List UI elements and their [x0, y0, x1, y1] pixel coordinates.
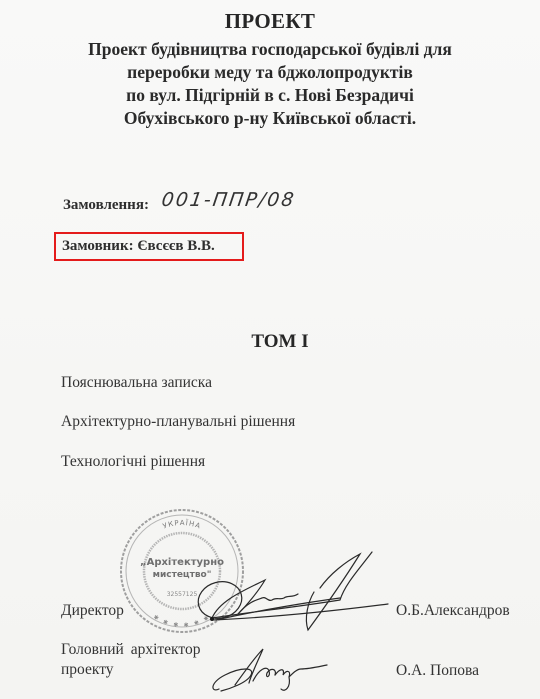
svg-text:УКРАЇНА: УКРАЇНА [162, 518, 203, 530]
volume-heading: ТОМ І [0, 331, 540, 353]
chief-architect-role-cont: проекту [61, 661, 114, 679]
director-name: О.Б.Александров [396, 602, 510, 620]
project-description-line: по вул. Підгірній в с. Нові Безрадичі [0, 84, 540, 107]
document-title: ПРОЕКТ [0, 9, 540, 34]
chief-architect-role: Головний архітектор [61, 641, 200, 659]
director-role: Директор [61, 602, 124, 620]
contents-item: Пояснювальна записка [61, 374, 212, 392]
order-row: Замовлення: 001-ППР/08 [63, 194, 295, 216]
order-number-handwritten: 001-ППР/08 [160, 189, 297, 211]
customer-highlight-box: Замовник: Євсєєв В.В. [54, 232, 244, 261]
director-signature-icon [190, 540, 390, 650]
project-description: Проект будівництва господарської будівлі… [0, 38, 540, 130]
contents-item: Архітектурно-планувальні рішення [61, 413, 295, 431]
document-page: ПРОЕКТ Проект будівництва господарської … [0, 0, 540, 699]
contents-item: Технологічні рішення [61, 453, 205, 471]
project-description-line: Обухівського р-ну Київської області. [0, 107, 540, 130]
chief-architect-name: О.А. Попова [396, 662, 479, 680]
project-description-line: Проект будівництва господарської будівлі… [0, 38, 540, 61]
order-label: Замовлення: [63, 197, 149, 214]
project-description-line: переробки меду та бджолопродуктів [0, 61, 540, 84]
architect-signature-icon [205, 645, 330, 699]
customer-text: Замовник: Євсєєв В.В. [62, 238, 215, 255]
stamp-top-text: УКРАЇНА [162, 518, 203, 530]
